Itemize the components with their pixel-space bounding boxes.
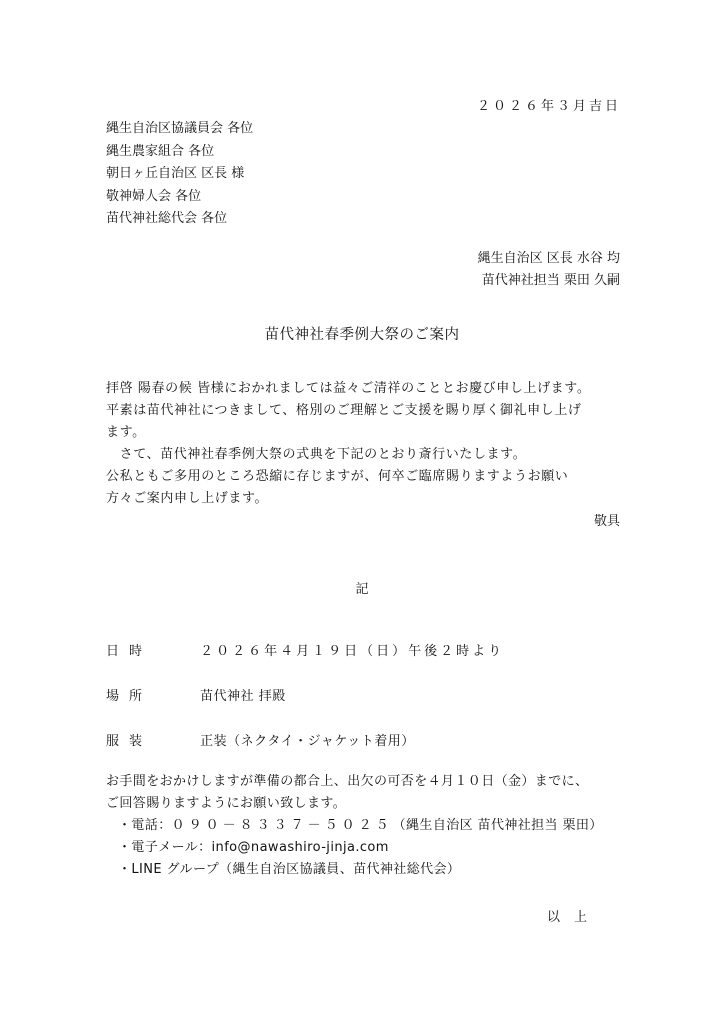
- detail-row-place: 場所 苗代神社 拝殿: [106, 685, 286, 704]
- detail-label: 日時: [106, 640, 196, 659]
- recipient: 朝日ヶ丘自治区 区長 様: [106, 163, 253, 186]
- email-address[interactable]: info@nawashiro-jinja.com: [212, 840, 389, 855]
- contact-list: ・電話：０９０－８３３７－５０２５（縄生自治区 苗代神社担当 栗田） ・電子メー…: [118, 815, 603, 881]
- letter-body: 拝啓 陽春の候 皆様におかれましては益々ご清祥のこととお慶び申し上げます。 平素…: [106, 378, 590, 510]
- detail-label: 場所: [106, 685, 196, 704]
- contact-email: ・電子メール：info@nawashiro-jinja.com: [118, 837, 603, 859]
- recipient: 敬神婦人会 各位: [106, 186, 253, 209]
- body-line: ます。: [106, 422, 590, 444]
- closing-keigu: 敬具: [594, 510, 620, 529]
- body-line: 方々ご案内申し上げます。: [106, 488, 590, 510]
- detail-value: ２０２６年４月１９日（日）午後２時より: [200, 640, 504, 659]
- document-title: 苗代神社春季例大祭のご案内: [0, 323, 724, 344]
- rsvp-notice: お手間をおかけしますが準備の都合上、出欠の可否を４月１０日（金）までに、 ご回答…: [106, 771, 588, 814]
- recipient: 縄生農家組合 各位: [106, 141, 253, 164]
- ki-heading: 記: [0, 578, 724, 597]
- notice-line: お手間をおかけしますが準備の都合上、出欠の可否を４月１０日（金）までに、: [106, 771, 588, 793]
- contact-phone: ・電話：０９０－８３３７－５０２５（縄生自治区 苗代神社担当 栗田）: [118, 815, 603, 837]
- body-line: 拝啓 陽春の候 皆様におかれましては益々ご清祥のこととお慶び申し上げます。: [106, 378, 590, 400]
- phone-number[interactable]: ０９０－８３３７－５０２５: [172, 818, 393, 833]
- detail-value: 正装（ネクタイ・ジャケット着用）: [200, 730, 415, 749]
- body-line: 公私ともご多用のところ恐縮に存じますが、何卒ご臨席賜りますようお願い: [106, 466, 590, 488]
- detail-value: 苗代神社 拝殿: [200, 685, 286, 704]
- notice-line: ご回答賜りますようにお願い致します。: [106, 793, 588, 815]
- phone-label: ・電話：: [118, 818, 172, 833]
- detail-row-attire: 服装 正装（ネクタイ・ジャケット着用）: [106, 730, 415, 749]
- contact-line-group: ・LINE グループ（縄生自治区協議員、苗代神社総代会）: [118, 859, 603, 881]
- recipient: 苗代神社総代会 各位: [106, 208, 253, 231]
- recipient-list: 縄生自治区協議員会 各位 縄生農家組合 各位 朝日ヶ丘自治区 区長 様 敬神婦人…: [106, 118, 253, 231]
- email-label: ・電子メール：: [118, 840, 212, 855]
- document-date: ２０２６年３月吉日: [477, 95, 621, 114]
- body-line: 平素は苗代神社につきまして、格別のご理解とご支援を賜り厚く御礼申し上げ: [106, 400, 590, 422]
- sender-list: 縄生自治区 区長 水谷 均 苗代神社担当 栗田 久嗣: [478, 248, 620, 292]
- sender: 苗代神社担当 栗田 久嗣: [478, 270, 620, 292]
- sender: 縄生自治区 区長 水谷 均: [478, 248, 620, 270]
- recipient: 縄生自治区協議員会 各位: [106, 118, 253, 141]
- detail-label: 服装: [106, 730, 196, 749]
- end-mark: 以上: [547, 906, 601, 925]
- body-line: さて、苗代神社春季例大祭の式典を下記のとおり斎行いたします。: [106, 444, 590, 466]
- phone-contact-person: （縄生自治区 苗代神社担当 栗田）: [393, 818, 603, 833]
- detail-row-datetime: 日時 ２０２６年４月１９日（日）午後２時より: [106, 640, 504, 659]
